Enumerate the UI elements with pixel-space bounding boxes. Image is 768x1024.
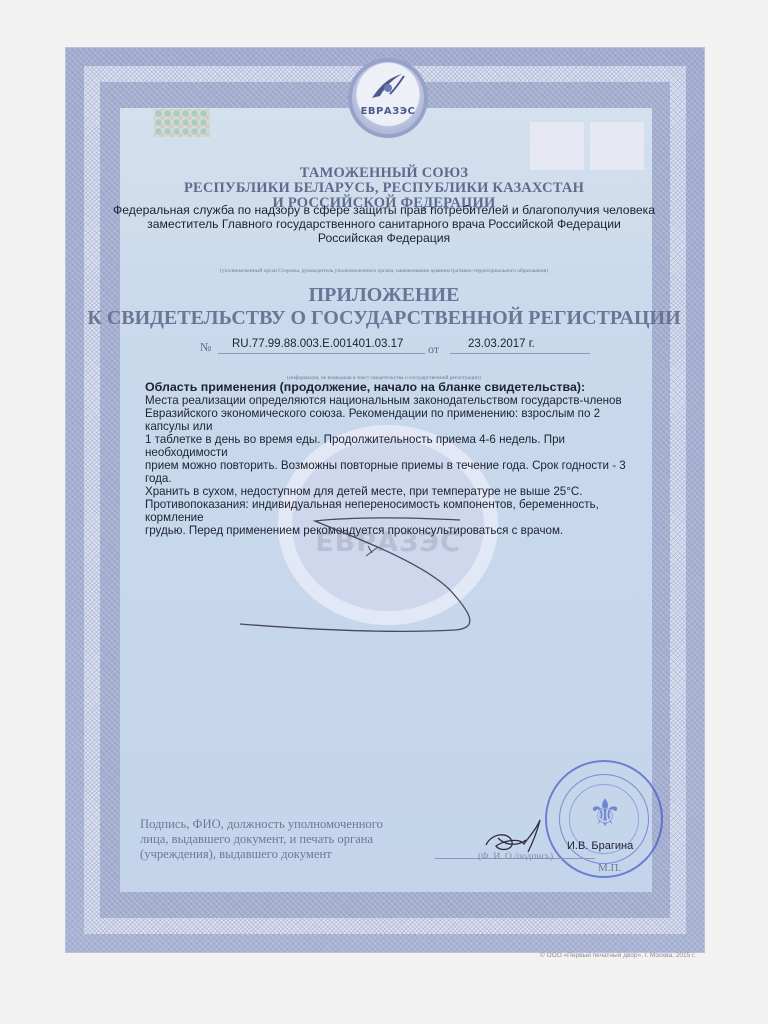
eurasec-emblem: ЕВРАЗЭС: [352, 62, 424, 134]
scope-line: Евразийского экономического союза. Реком…: [145, 407, 645, 433]
scope-line: Места реализации определяются национальн…: [145, 394, 645, 407]
number-label: №: [200, 340, 211, 355]
fio-label: (Ф. И. О./подпись): [478, 852, 553, 862]
stamp-label: М.П.: [598, 862, 621, 874]
caption-line: (учреждения), выдавшего документ: [140, 847, 420, 862]
coat-of-arms-icon: ⚜: [585, 790, 625, 836]
hologram-patch: [154, 109, 210, 137]
authority-line-1: Федеральная служба по надзору в сфере за…: [0, 203, 768, 217]
eurasec-emblem-icon: [370, 72, 406, 102]
scope-line: Хранить в сухом, недоступном для детей м…: [145, 485, 645, 498]
document-title: ПРИЛОЖЕНИЕ К СВИДЕТЕЛЬСТВУ О ГОСУДАРСТВЕ…: [0, 284, 768, 330]
number-underline: [218, 353, 425, 354]
authority-caption: (уполномоченный орган Стороны, руководит…: [0, 268, 768, 274]
union-line-2: РЕСПУБЛИКИ БЕЛАРУСЬ, РЕСПУБЛИКИ КАЗАХСТА…: [0, 181, 768, 196]
printer-note: © ООО «Первый печатный двор», г. Москва,…: [540, 952, 695, 959]
scope-line: грудью. Перед применением рекомендуется …: [145, 524, 645, 537]
union-line-1: ТАМОЖЕННЫЙ СОЮЗ: [0, 166, 768, 181]
authority-block: Федеральная служба по надзору в сфере за…: [0, 203, 768, 245]
scope-line: прием можно повторить. Возможны повторны…: [145, 459, 645, 485]
blank-box-right: [590, 122, 644, 170]
emblem-label: ЕВРАЗЭС: [352, 106, 424, 117]
caption-line: Подпись, ФИО, должность уполномоченного: [140, 817, 420, 832]
scope-line: 1 таблетке в день во время еды. Продолжи…: [145, 433, 645, 459]
title-line-2: К СВИДЕТЕЛЬСТВУ О ГОСУДАРСТВЕННОЙ РЕГИСТ…: [0, 307, 768, 330]
date-label: от: [428, 342, 439, 357]
scope-line: Противопоказания: индивидуальная неперен…: [145, 498, 645, 524]
signer-name: И.В. Брагина: [567, 840, 633, 852]
date-underline: [450, 353, 590, 354]
registration-number: RU.77.99.88.003.E.001401.03.17: [232, 338, 403, 350]
official-stamp: ⚜: [545, 760, 663, 878]
signature-caption: Подпись, ФИО, должность уполномоченного …: [140, 817, 420, 862]
authority-line-3: Российская Федерация: [0, 231, 768, 245]
registration-date: 23.03.2017 г.: [468, 338, 535, 350]
title-line-1: ПРИЛОЖЕНИЕ: [0, 284, 768, 307]
scope-section: Область применения (продолжение, начало …: [145, 381, 645, 537]
scope-title: Область применения (продолжение, начало …: [145, 381, 645, 394]
blank-box-left: [530, 122, 584, 170]
registration-number-row: № RU.77.99.88.003.E.001401.03.17 от 23.0…: [200, 338, 600, 356]
caption-line: лица, выдавшего документ, и печать орган…: [140, 832, 420, 847]
authority-line-2: заместитель Главного государственного са…: [0, 217, 768, 231]
